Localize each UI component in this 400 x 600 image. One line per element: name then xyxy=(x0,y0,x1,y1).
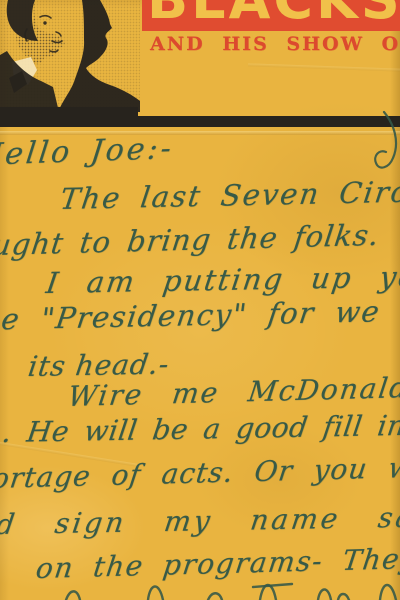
paper-crease xyxy=(248,63,400,71)
handwriting-line: I am putting up your xyxy=(44,259,400,300)
scanned-letter-page: BLACKS AND HIS SHOW OF 100 Hello Joe:- T… xyxy=(0,0,400,600)
handwriting-line: d sign my name saying xyxy=(0,499,400,541)
portrait-photo xyxy=(0,0,140,112)
partial-bottom-line-strokes xyxy=(66,584,396,600)
header-rule xyxy=(0,116,400,127)
handwriting-line: . He will be a good fill in, xyxy=(0,409,400,449)
tagline-text: AND HIS SHOW OF 100 xyxy=(150,33,400,55)
show-name-text: BLACKS xyxy=(147,0,400,27)
handwriting-line: ortage of acts. Or you will xyxy=(0,450,400,495)
handwriting-line: The last Seven Circles xyxy=(58,174,400,216)
show-name-banner: BLACKS xyxy=(142,0,400,31)
eye-dot xyxy=(43,21,46,24)
handwriting-line: on the programs- They say xyxy=(34,540,400,585)
handwriting-line: Hello Joe:- xyxy=(0,131,176,173)
handwriting-line: ught to bring the folks. xyxy=(0,218,382,262)
